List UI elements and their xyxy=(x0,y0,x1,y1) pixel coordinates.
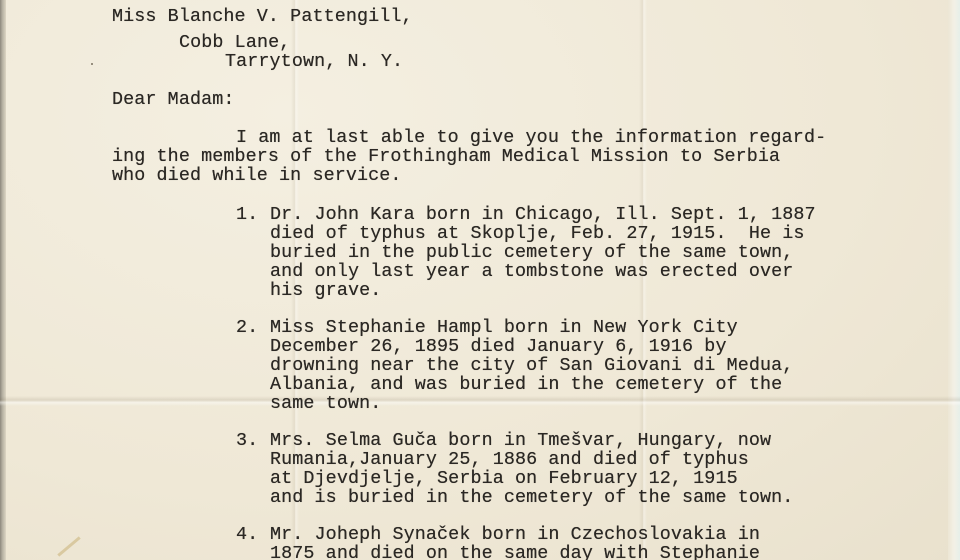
recipient-city: Tarrytown, N. Y. xyxy=(225,52,403,71)
entry-line: 1875 and died on the same day with Steph… xyxy=(270,544,760,560)
entry-number: 3. xyxy=(236,431,258,450)
entry-line: died of typhus at Skoplje, Feb. 27, 1915… xyxy=(270,224,805,243)
page-right-edge xyxy=(948,0,960,560)
entry-line: December 26, 1895 died January 6, 1916 b… xyxy=(270,337,727,356)
entry-line: at Djevdjelje, Serbia on February 12, 19… xyxy=(270,469,738,488)
recipient-street: Cobb Lane, xyxy=(179,33,290,52)
entry-line: Mrs. Selma Guča born in Tmešvar, Hungary… xyxy=(270,431,771,450)
entry-number: 2. xyxy=(236,318,258,337)
entry-line: Rumania,January 25, 1886 and died of typ… xyxy=(270,450,749,469)
entry-line: same town. xyxy=(270,394,381,413)
intro-line: I am at last able to give you the inform… xyxy=(236,128,826,147)
entry-line: Mr. Joheph Synaček born in Czechoslovaki… xyxy=(270,525,760,544)
entry-line: his grave. xyxy=(270,281,381,300)
entry-line: Albania, and was buried in the cemetery … xyxy=(270,375,782,394)
entry-number: 4. xyxy=(236,525,258,544)
entry-line: and only last year a tombstone was erect… xyxy=(270,262,793,281)
entry-line: buried in the public cemetery of the sam… xyxy=(270,243,793,262)
paper-speck xyxy=(91,63,93,65)
page-left-edge xyxy=(0,0,6,560)
salutation: Dear Madam: xyxy=(112,90,235,109)
letter-page: Miss Blanche V. Pattengill, Cobb Lane, T… xyxy=(0,0,960,560)
recipient-name: Miss Blanche V. Pattengill, xyxy=(112,7,413,26)
horizontal-fold-crease xyxy=(0,396,960,406)
entry-line: drowning near the city of San Giovani di… xyxy=(270,356,793,375)
entry-line: Dr. John Kara born in Chicago, Ill. Sept… xyxy=(270,205,816,224)
entry-line: Miss Stephanie Hampl born in New York Ci… xyxy=(270,318,738,337)
entry-line: and is buried in the cemetery of the sam… xyxy=(270,488,793,507)
entry-number: 1. xyxy=(236,205,258,224)
intro-line: ing the members of the Frothingham Medic… xyxy=(112,147,780,166)
intro-line: who died while in service. xyxy=(112,166,402,185)
paper-stain xyxy=(57,536,80,556)
